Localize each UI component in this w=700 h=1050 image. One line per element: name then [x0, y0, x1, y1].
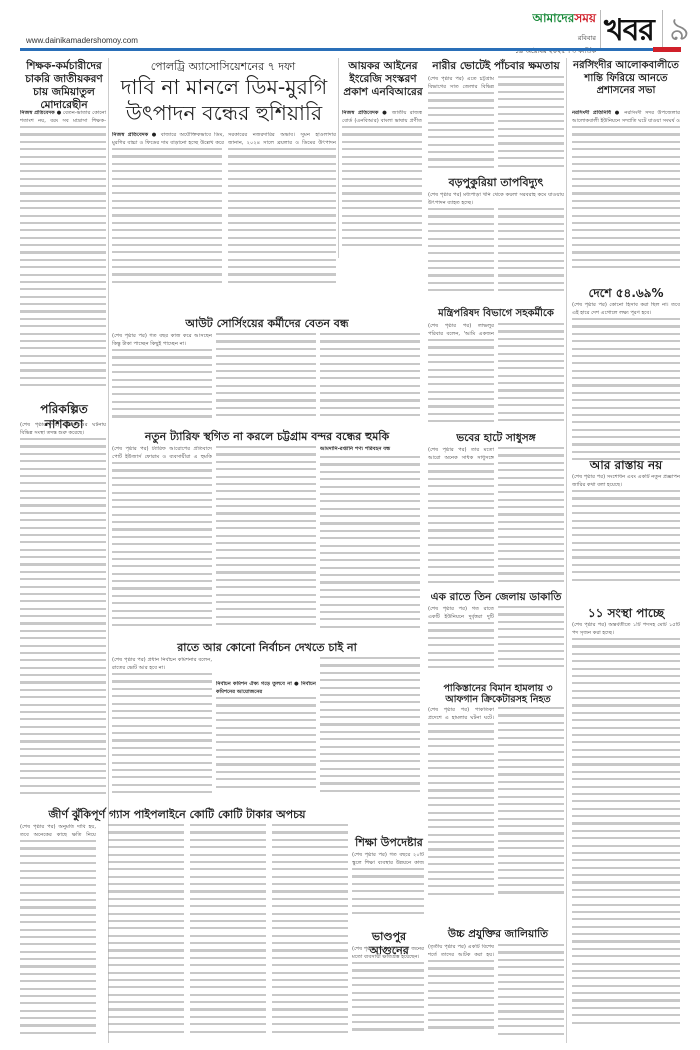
body-text-lines — [112, 673, 212, 798]
body-text-lines — [428, 339, 494, 431]
article-text: নিজস্ব প্রতিবেদক ● বাজারে অযৌক্তিকভাবে ড… — [112, 132, 224, 146]
headline[interactable]: নরসিংদীর আলোকবালীতে শান্তি ফিরিয়ে আনতে … — [570, 60, 682, 98]
article-text: (শেষ পৃষ্ঠার পর) এতে চট্টগ্রাম বিভাগের স… — [428, 76, 494, 90]
headline[interactable]: আয়কর আইনের ইংরেজি সংস্করণ প্রকাশ এনবিআর… — [342, 60, 424, 99]
body-text-lines — [112, 148, 222, 288]
article-text: (শেষ পৃষ্ঠার পর) কোনো হিসাব করা ছিল না। … — [572, 302, 680, 316]
article-text: (শেষ পৃষ্ঠার পর) প্রধান নির্বাচন কমিশনার… — [112, 657, 212, 671]
headline[interactable]: উচ্চ প্রযুক্তির জালিয়াতি — [428, 928, 568, 941]
newspaper-logo[interactable]: আমাদেরসময় — [498, 10, 596, 30]
body-text-lines — [216, 446, 316, 632]
body-text-lines — [352, 962, 424, 1038]
body-text-lines — [428, 622, 494, 678]
subheading: আমদানি-রপ্তানি পণ্য পরিবহন বন্ধ — [320, 446, 420, 454]
site-url[interactable]: www.dainikamadershomoy.com — [26, 36, 138, 45]
article-text: নরসিংদী প্রতিনিধি ● নরসিংদী সদর উপজেলার … — [572, 110, 680, 124]
body-text-lines — [572, 490, 680, 590]
headline[interactable]: আউট সোর্সিংয়ের কর্মীদের বেতন বন্ধ — [112, 317, 422, 331]
article-text: (শেষ পৃষ্ঠার পর) সংশোধন এবং একটি নতুন প্… — [572, 474, 680, 488]
body-text-lines — [108, 824, 184, 1040]
headline[interactable]: রাতে আর কোনো নির্বাচন দেখতে চাই না — [112, 641, 422, 655]
body-text-lines — [428, 208, 494, 300]
body-text-lines — [272, 824, 348, 1040]
body-text-lines — [216, 697, 316, 798]
article-text: (শেষ পৃষ্ঠার পর) ট্যারিফ আরোপের প্রতিবাদ… — [112, 446, 212, 460]
body-text-lines — [428, 92, 494, 172]
headline[interactable]: ভবের হাটে সাধুসঙ্গ — [428, 432, 564, 445]
article-text: (শেষ পৃষ্ঠার পর) গত রাতে একটি ইউনিয়নে দ… — [428, 606, 494, 620]
header-accent-block — [653, 47, 681, 52]
day-label: রবিবার — [498, 33, 596, 44]
headline[interactable]: পাকিস্তানের বিমান হামলায় ৩ আফগান ক্রিকে… — [428, 683, 568, 705]
body-text-lines — [352, 868, 424, 920]
body-text-lines — [498, 323, 564, 431]
article-text: নিজস্ব প্রতিবেদক ● বেতন-ভাতার কোনো শতাংশ… — [20, 110, 106, 124]
headline[interactable]: এক রাতে তিন জেলায় ডাকাতি — [428, 591, 564, 604]
body-text-lines — [228, 148, 336, 288]
headline[interactable]: নতুন ট্যারিফ স্থগিত না করলে চট্টগ্রাম বন… — [112, 430, 422, 444]
body-text-lines — [498, 76, 564, 172]
column-divider — [566, 58, 567, 1043]
body-text-lines — [428, 723, 494, 901]
headline[interactable]: নারীর ভোটেই পাঁচবার ক্ষমতায় — [428, 60, 564, 73]
body-text-lines — [428, 463, 494, 591]
body-text-lines — [216, 333, 316, 427]
article-text: (শেষ পৃষ্ঠার পর) থেকে ১০০ জনের মতো ব্যবস… — [352, 946, 424, 960]
headline[interactable]: দেশে ৫৪.৬৯% — [570, 286, 682, 301]
body-text-lines — [112, 462, 212, 632]
body-text-lines — [320, 657, 420, 798]
headline[interactable]: বড়পুকুরিয়া তাপবিদ্যুৎ — [428, 176, 564, 190]
article-text: সরকারের নজরদারির অভাব। সুমন হাওলাদার জান… — [228, 132, 336, 146]
article-text: (তৃতীয় পৃষ্ঠার পর) একটি বিশেষ শর্তে তাদ… — [428, 944, 494, 958]
article-text: (শেষ পৃষ্ঠার পর) অন্তর্বর্তীতে ১টি পদসহ … — [572, 622, 680, 636]
article-text: (শেষ পৃষ্ঠার পর) পাকতিকা প্রদেশে এ হামলা… — [428, 707, 494, 721]
body-text-lines — [428, 960, 494, 1040]
masthead-divider — [600, 10, 601, 48]
body-text-lines — [20, 126, 106, 396]
body-text-lines — [572, 126, 680, 276]
headline[interactable]: জীর্ণ ঝুঁকিপূর্ণ গ্যাস পাইপলাইনে কোটি কো… — [22, 808, 332, 822]
headline[interactable]: শিক্ষক-কর্মচারীদের চাকরি জাতীয়করণ চায় … — [20, 60, 108, 113]
headline[interactable]: আর রাস্তায় নয় — [570, 458, 682, 473]
body-text-lines — [320, 333, 420, 427]
body-text-lines — [20, 840, 96, 1040]
subheading: নির্বাচন কমিশন ঐক্য গড়ে তুলবে না ● নির্… — [216, 681, 316, 695]
headline[interactable]: শিক্ষা উপদেষ্টার — [352, 836, 426, 850]
masthead-divider — [662, 10, 663, 48]
article-text: (শেষ পৃষ্ঠার পর) গত বছরে ২০টি স্কুলে শিক… — [352, 852, 424, 866]
body-text-lines — [190, 824, 266, 1040]
kicker: পোলট্রি অ্যাসোসিয়েশনের ৭ দফা — [112, 60, 334, 74]
body-text-lines — [572, 318, 680, 468]
article-text: (শেষ পৃষ্ঠার পর) অগ্নিকাণ্ডের ঘটনায় বিভ… — [20, 422, 106, 436]
body-text-lines — [20, 438, 106, 803]
lead-headline[interactable]: দাবি না মানলে ডিম-মুরগি উৎপাদন বন্ধের হু… — [112, 74, 336, 126]
body-text-lines — [498, 447, 564, 591]
article-text: (শেষ পৃষ্ঠার পর) তার মতো আরো অনেক সাধক স… — [428, 447, 494, 461]
article-text: (শেষ পৃষ্ঠার পর) মধ্যপাড়া খনি থেকে কয়ল… — [428, 192, 564, 206]
header-rule — [20, 48, 660, 51]
body-text-lines — [498, 944, 564, 1040]
body-text-lines — [498, 707, 564, 901]
body-text-lines — [498, 208, 564, 300]
body-text-lines — [572, 638, 680, 1038]
article-text: (শেষ পৃষ্ঠার পর) অনুমতি দাবি হয়, তবে অন… — [20, 824, 96, 838]
article-text: নিজস্ব প্রতিবেদক ● জাতীয় রাজস্ব বোর্ড (… — [342, 110, 422, 124]
body-text-lines — [320, 456, 420, 632]
headline[interactable]: ১১ সংস্থা পাচ্ছে — [570, 606, 682, 621]
body-text-lines — [342, 126, 422, 256]
headline[interactable]: মন্ত্রিপরিষদ বিভাগে সহকর্মীকে — [428, 308, 564, 321]
column-divider — [338, 58, 339, 258]
body-text-lines — [112, 349, 212, 427]
masthead: www.dainikamadershomoy.com আমাদেরসময় রব… — [0, 0, 700, 52]
article-text: (শেষ পৃষ্ঠার পর) গত বছর কাজ করে আসছেন কি… — [112, 333, 212, 347]
article-text: (শেষ পৃষ্ঠার পর) লাভলুর পরিবার বলেন, 'আম… — [428, 323, 494, 337]
body-text-lines — [498, 606, 564, 678]
